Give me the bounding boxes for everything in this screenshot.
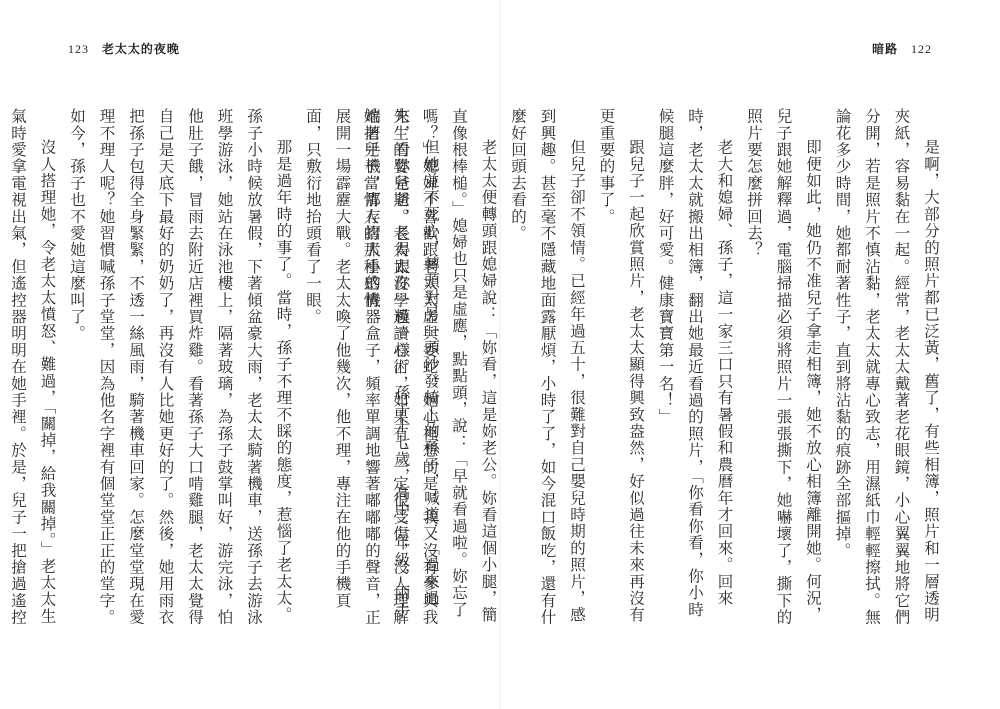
paragraph: 那是過年時的事了。當時，孫子不理不睬的態度，惹惱了老太太。孫子小時候放暑假，下著… — [62, 108, 298, 628]
right-page-body: 是啊，大部分的照片都已泛黃，舊了，有些相簿，照片和一層透明夾紙，容易黏在一起。經… — [505, 108, 945, 628]
right-running-title: 暗路 — [872, 42, 898, 56]
paragraph: 是啊，大部分的照片都已泛黃，舊了，有些相簿，照片和一層透明夾紙，容易黏在一起。經… — [827, 108, 945, 628]
paragraph: 老大和媳婦、孫子，這一家三口只有暑假和農曆年才回來。回來時，老太太就搬出相簿，翻… — [650, 108, 739, 628]
paragraph: 跟兒子一起欣賞照片，老太太顯得興致盎然，好似過往未來再沒有更重要的事了。 — [591, 108, 650, 628]
right-page-number: 122 — [911, 42, 932, 56]
right-page-header: 暗路 122 — [864, 40, 932, 57]
paragraph: 但兒子卻不領情。已經年過五十，很難對自己嬰兒時期的照片，感到興趣。甚至毫不隱藏地… — [503, 108, 592, 628]
paragraph: 即便如此，她仍不准兒子拿走相簿，她不放心相簿離開她。何況，兒子跟她解釋過，電腦掃… — [739, 108, 828, 628]
left-running-title: 老太太的夜晚 — [102, 42, 180, 56]
left-page-body: 但她並不死心，轉頭對另一頭沙發椅上的孫子，喊道：「過來過來，看你爸爸，長得跟你一… — [0, 108, 445, 628]
left-page-number: 123 — [68, 42, 89, 56]
left-page-header: 123 老太太的夜晚 — [68, 40, 188, 57]
book-spread: 123 老太太的夜晚 暗路 122 是啊，大部分的照片都已泛黃，舊了，有些相簿，… — [0, 0, 1000, 709]
paragraph: 但她並不死心，轉頭對另一頭沙發椅上的孫子，喊道：「過來過來，看你爸爸，長得跟你一… — [298, 108, 446, 628]
paragraph: 沒人搭理她，令老太太憤怒、難過，「關掉，給我關掉。」老太太生氣時愛拿電視出氣，但… — [0, 108, 62, 628]
